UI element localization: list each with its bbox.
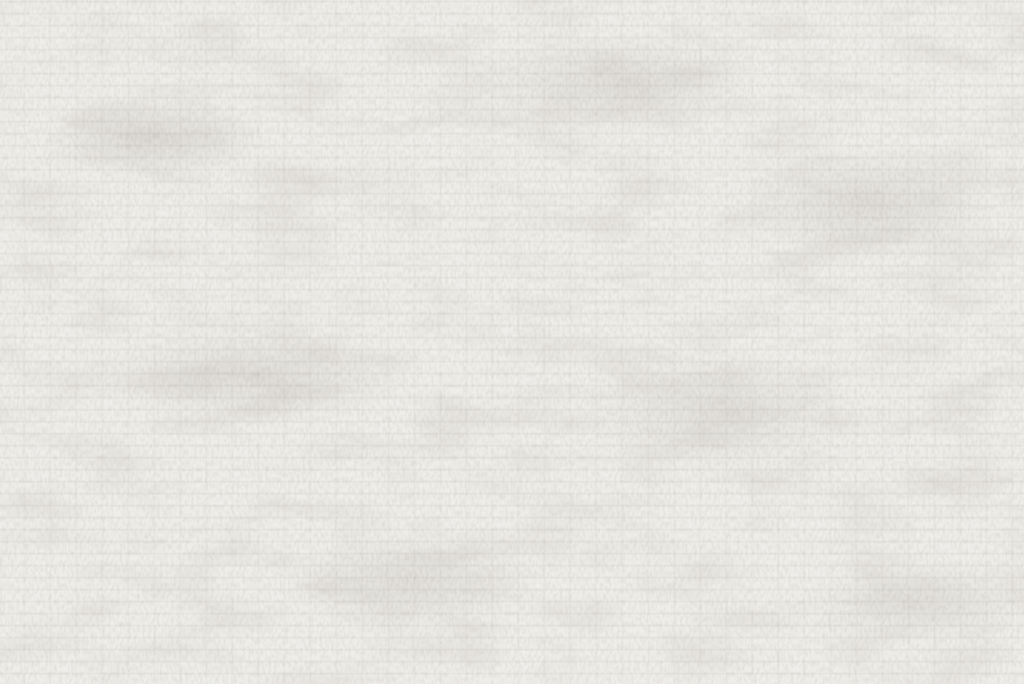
- rug-texture-photo: Close-up of a shaggy ivory rug with abra…: [0, 0, 1024, 684]
- rug-weave-streaks: [0, 0, 1024, 684]
